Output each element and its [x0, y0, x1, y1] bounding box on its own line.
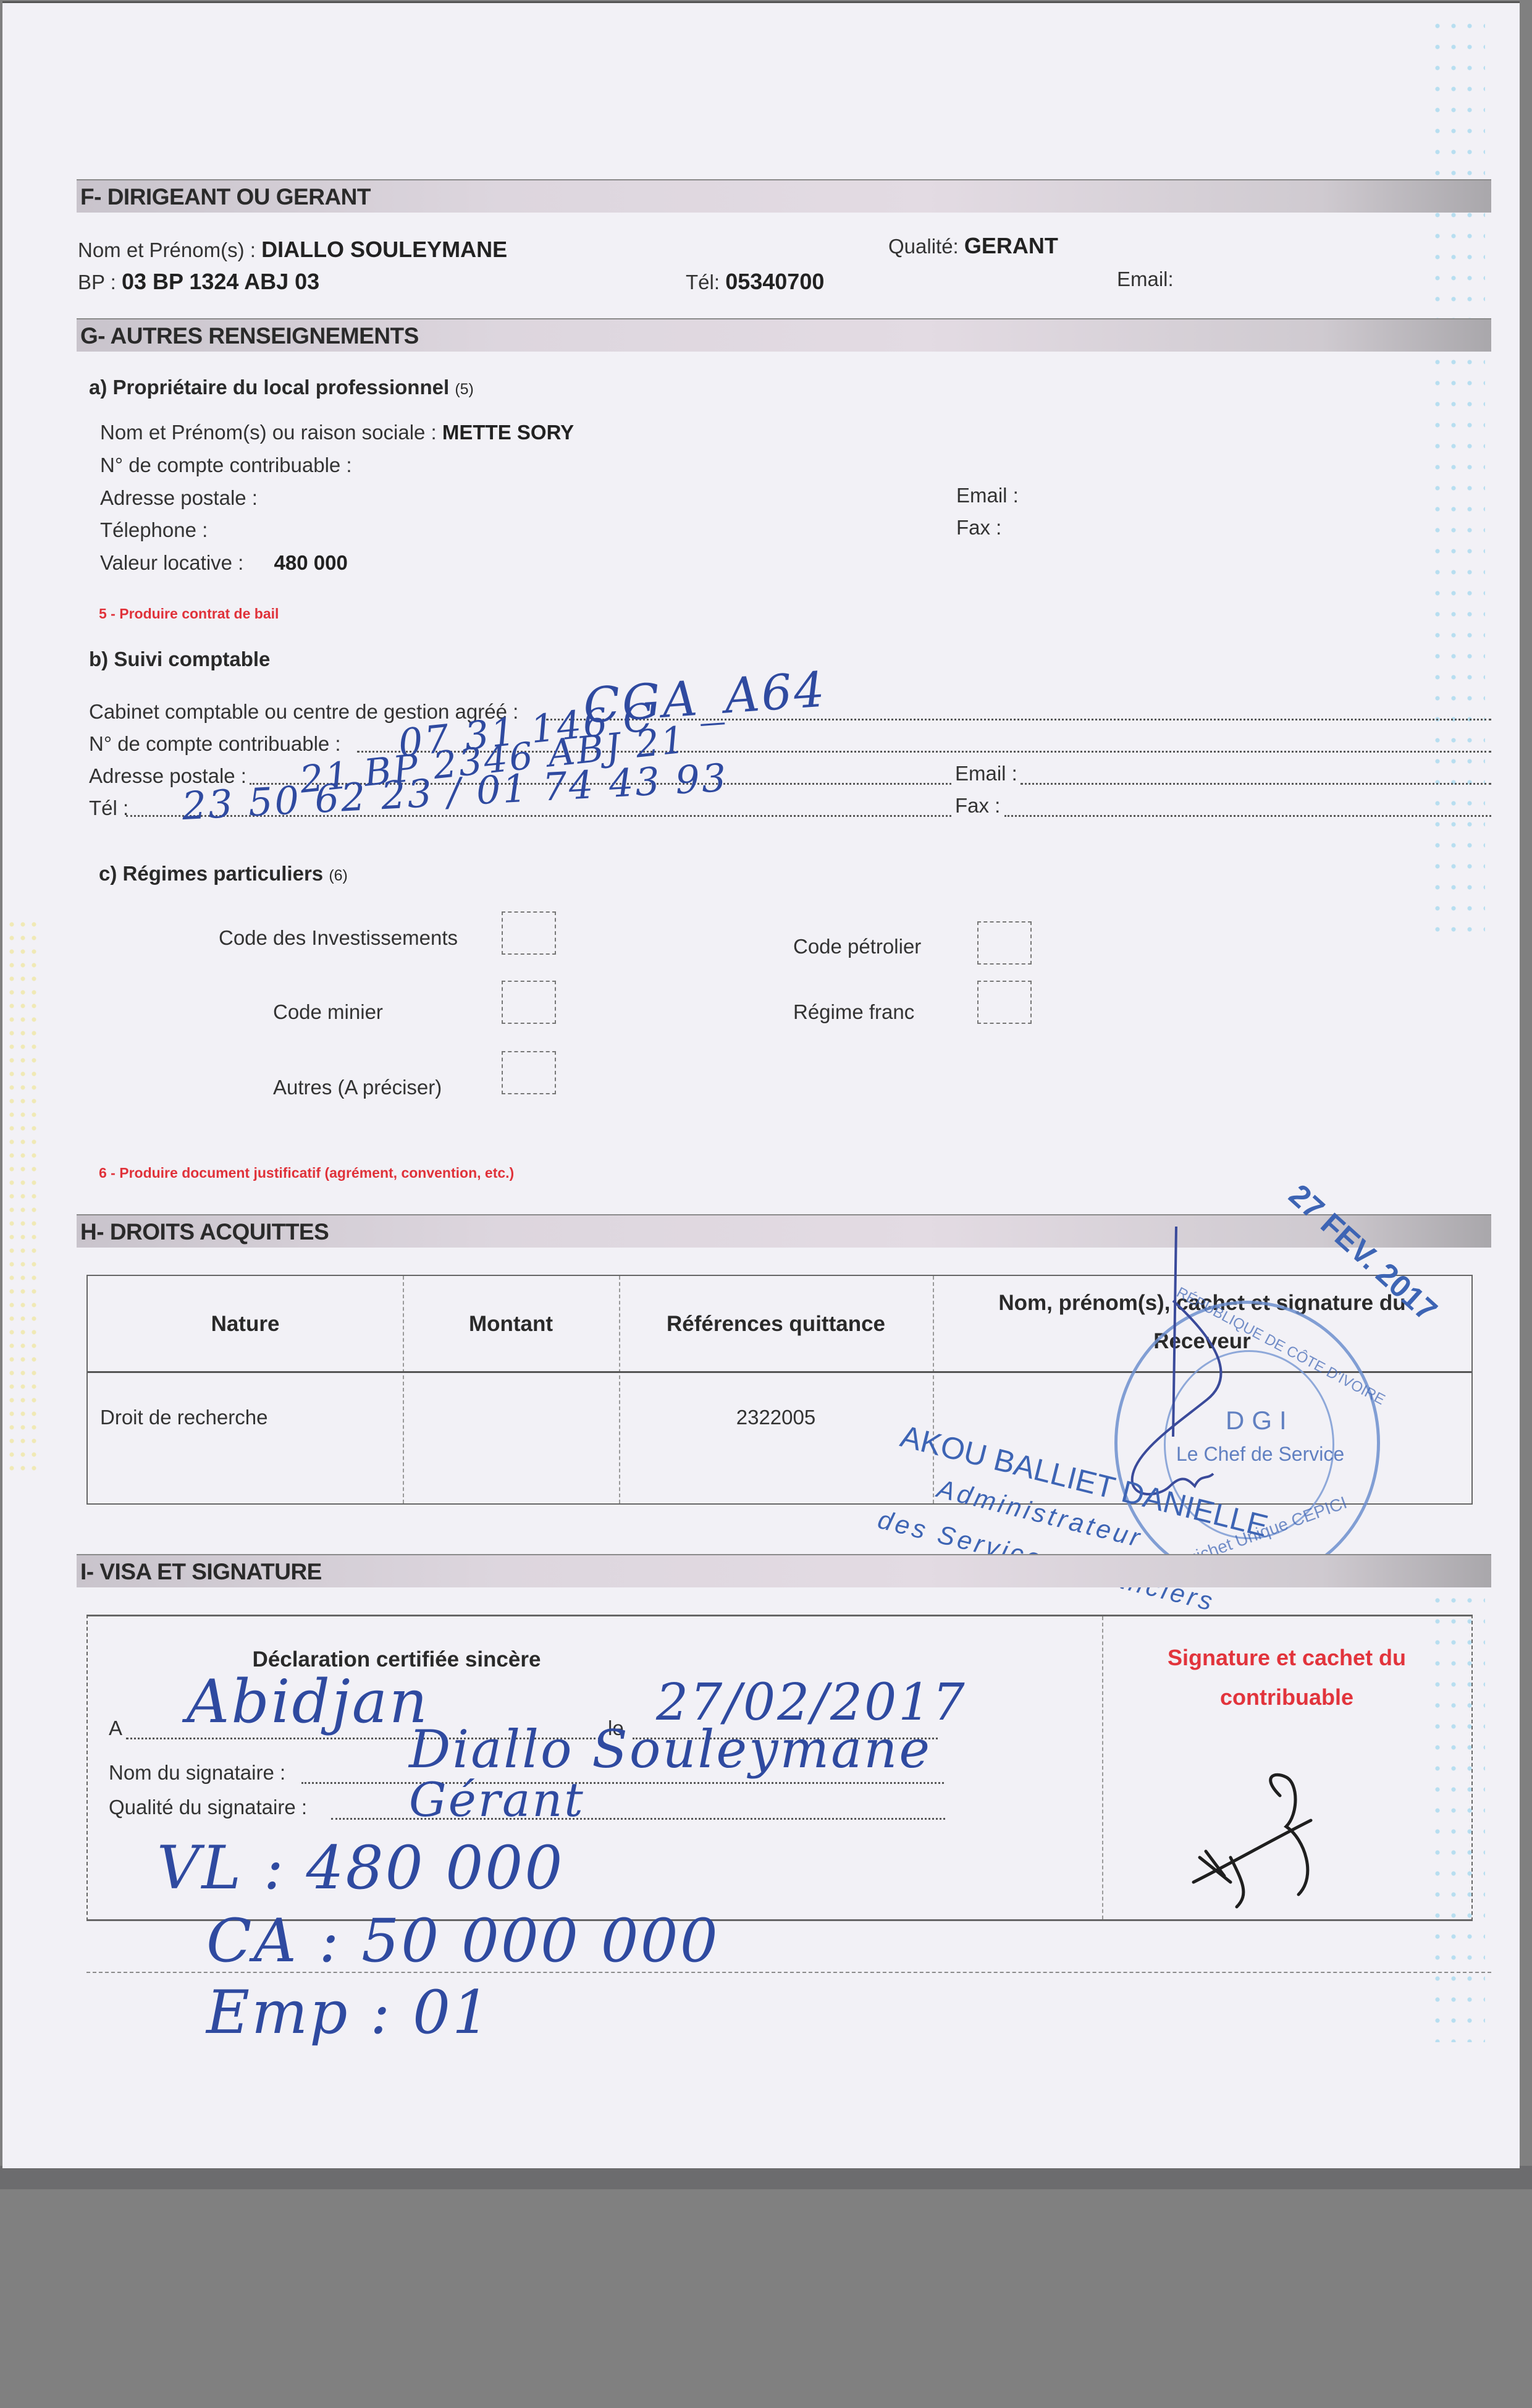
lieu-handwritten: Abidjan — [187, 1667, 429, 1736]
field-value: DIALLO SOULEYMANE — [261, 237, 507, 262]
form-page: F- DIRIGEANT OU GERANT Nom et Prénom(s) … — [2, 1, 1520, 2168]
section-title: H- DROITS ACQUITTES — [80, 1219, 329, 1245]
fax-field[interactable] — [1004, 815, 1491, 817]
proprietaire-adresse-label: Adresse postale : — [100, 486, 258, 510]
signataire-handwritten: Diallo Souleymane — [409, 1719, 932, 1780]
field-label: Tél: — [686, 271, 720, 294]
dirigeant-bp: BP : 03 BP 1324 ABJ 03 — [78, 269, 319, 295]
dirigeant-name: Nom et Prénom(s) : DIALLO SOULEYMANE — [78, 237, 507, 263]
proprietaire-valeur: Valeur locative : 480 000 — [100, 551, 348, 575]
proprietaire-compte-label: N° de compte contribuable : — [100, 454, 352, 477]
footnote-ref: (6) — [329, 867, 348, 884]
cell-reference: 2322005 — [619, 1406, 933, 1429]
field-label: Nom et Prénom(s) ou raison sociale : — [100, 421, 437, 444]
subsection-b-heading: b) Suivi comptable — [89, 648, 270, 671]
footnote-5: 5 - Produire contrat de bail — [99, 606, 279, 622]
field-label: Email: — [1117, 268, 1174, 290]
section-header-h: H- DROITS ACQUITTES — [77, 1214, 1491, 1248]
regime-label-minier: Code minier — [273, 1000, 383, 1024]
scan-artifact — [1429, 15, 1485, 942]
signataire-label: Nom du signataire : — [109, 1761, 285, 1785]
footnote-ref: (5) — [455, 381, 474, 398]
checkbox-autres[interactable] — [502, 1051, 556, 1094]
field-value: GERANT — [964, 233, 1058, 258]
contribuable-label-2: contribuable — [1102, 1684, 1471, 1710]
subsection-c-heading: c) Régimes particuliers (6) — [99, 862, 348, 885]
fax-label: Fax : — [955, 794, 1000, 817]
proprietaire-email-label: Email : — [956, 484, 1019, 507]
email-field[interactable] — [1021, 783, 1491, 785]
field-value: 480 000 — [274, 551, 348, 574]
regime-label-franc: Régime franc — [793, 1000, 914, 1024]
signataire-field[interactable] — [301, 1782, 944, 1784]
subsection-a-heading: a) Propriétaire du local professionnel (… — [89, 376, 474, 399]
section-title: F- DIRIGEANT OU GERANT — [80, 184, 371, 210]
checkbox-code-minier[interactable] — [502, 981, 556, 1024]
heading-text: c) Régimes particuliers — [99, 862, 323, 885]
field-label: BP : — [78, 271, 116, 294]
regime-label-autres: Autres (A préciser) — [273, 1076, 442, 1099]
dashed-divider — [86, 1972, 1491, 1973]
section-title: I- VISA ET SIGNATURE — [80, 1559, 322, 1585]
checkbox-code-petrolier[interactable] — [977, 921, 1032, 965]
col-header-nature: Nature — [88, 1312, 403, 1337]
qualite-signataire-label: Qualité du signataire : — [109, 1796, 307, 1819]
field-value: METTE SORY — [442, 421, 574, 444]
section-header-g: G- AUTRES RENSEIGNEMENTS — [77, 318, 1491, 352]
qualite-signataire-handwritten: Gérant — [409, 1772, 585, 1827]
dirigeant-tel: Tél: 05340700 — [686, 269, 824, 295]
contribuable-signature — [1181, 1771, 1366, 1913]
lieu-label: A — [109, 1717, 122, 1740]
proprietaire-name: Nom et Prénom(s) ou raison sociale : MET… — [100, 421, 574, 444]
heading-text: a) Propriétaire du local professionnel — [89, 376, 449, 399]
col-header-montant: Montant — [403, 1312, 619, 1337]
section-header-f: F- DIRIGEANT OU GERANT — [77, 179, 1491, 213]
email-label: Email : — [955, 762, 1017, 785]
section-header-i: I- VISA ET SIGNATURE — [77, 1554, 1491, 1587]
handwritten-note-ca: CA : 50 000 000 — [206, 1906, 720, 1975]
compte-label: N° de compte contribuable : — [89, 732, 341, 756]
footnote-6: 6 - Produire document justificatif (agré… — [99, 1165, 514, 1181]
checkbox-code-investissements[interactable] — [502, 911, 556, 955]
checkbox-regime-franc[interactable] — [977, 981, 1032, 1024]
col-header-references: Références quittance — [619, 1312, 933, 1337]
section-title: G- AUTRES RENSEIGNEMENTS — [80, 323, 419, 349]
tel-label: Tél : — [89, 796, 128, 820]
contribuable-label-1: Signature et cachet du — [1102, 1645, 1471, 1671]
scan-shadow — [0, 2166, 1532, 2189]
dirigeant-email: Email: — [1117, 268, 1174, 291]
field-label: Valeur locative : — [100, 551, 243, 574]
handwritten-note-emp: Emp : 01 — [206, 1978, 492, 2047]
regime-label-investissements: Code des Investissements — [219, 926, 458, 950]
scan-artifact — [6, 918, 40, 1474]
proprietaire-fax-label: Fax : — [956, 516, 1001, 539]
field-label: Nom et Prénom(s) : — [78, 239, 256, 261]
field-value: 05340700 — [725, 269, 824, 294]
field-label: Qualité: — [888, 235, 959, 258]
proprietaire-telephone-label: Télephone : — [100, 518, 208, 542]
handwritten-note-vl: VL : 480 000 — [157, 1833, 564, 1903]
cell-nature: Droit de recherche — [100, 1406, 267, 1429]
field-value: 03 BP 1324 ABJ 03 — [122, 269, 319, 294]
dirigeant-qualite: Qualité: GERANT — [888, 233, 1058, 259]
regime-label-petrolier: Code pétrolier — [793, 935, 921, 958]
